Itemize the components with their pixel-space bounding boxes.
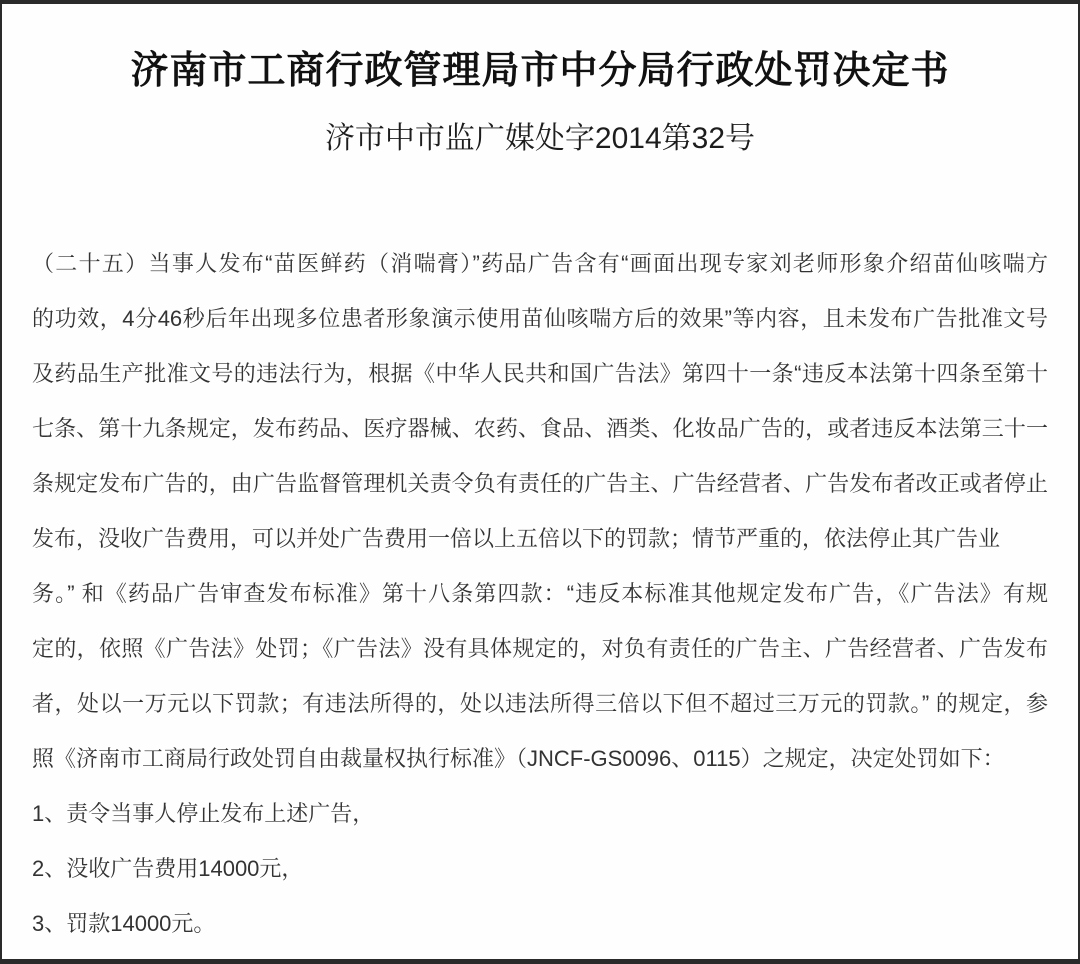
body-line: 条规定发布广告的，由广告监督管理机关责令负有责任的广告主、广告经营者、广告发布者… <box>32 456 1048 511</box>
penalty-item: 2、没收广告费用14000元， <box>32 841 1048 896</box>
body-line: 定的，依照《广告法》处罚；《广告法》没有具体规定的，对负有责任的广告主、广告经营… <box>32 621 1048 676</box>
body-line: 务。” 和《药品广告审查发布标准》第十八条第四款：“违反本标准其他规定发布广告，… <box>32 566 1048 621</box>
body-line: （二十五）当事人发布“苗医鲜药（消喘膏）”药品广告含有“画面出现专家刘老师形象介… <box>32 236 1048 291</box>
body-line: 发布，没收广告费用，可以并处广告费用一倍以上五倍以下的罚款；情节严重的，依法停止… <box>32 511 1048 566</box>
body-line: 及药品生产批准文号的违法行为，根据《中华人民共和国广告法》第四十一条“违反本法第… <box>32 346 1048 401</box>
body-line: 者，处以一万元以下罚款；有违法所得的，处以违法所得三倍以下但不超过三万元的罚款。… <box>32 676 1048 731</box>
penalty-decision-document: 济南市工商行政管理局市中分局行政处罚决定书 济市中市监广媒处字2014第32号 … <box>0 0 1080 964</box>
body-line: 七条、第十九条规定，发布药品、医疗器械、农药、食品、酒类、化妆品广告的，或者违反… <box>32 401 1048 456</box>
penalty-item: 3、罚款14000元。 <box>32 896 1048 951</box>
penalty-item: 1、责令当事人停止发布上述广告， <box>32 786 1048 841</box>
document-number: 济市中市监广媒处字2014第32号 <box>2 120 1078 158</box>
document-body: （二十五）当事人发布“苗医鲜药（消喘膏）”药品广告含有“画面出现专家刘老师形象介… <box>2 236 1078 951</box>
body-line: 的功效，4分46秒后年出现多位患者形象演示使用苗仙咳喘方后的效果”等内容，且未发… <box>32 291 1048 346</box>
body-line: 照《济南市工商局行政处罚自由裁量权执行标准》（JNCF-GS0096、0115）… <box>32 731 1048 786</box>
document-title: 济南市工商行政管理局市中分局行政处罚决定书 <box>2 4 1078 94</box>
